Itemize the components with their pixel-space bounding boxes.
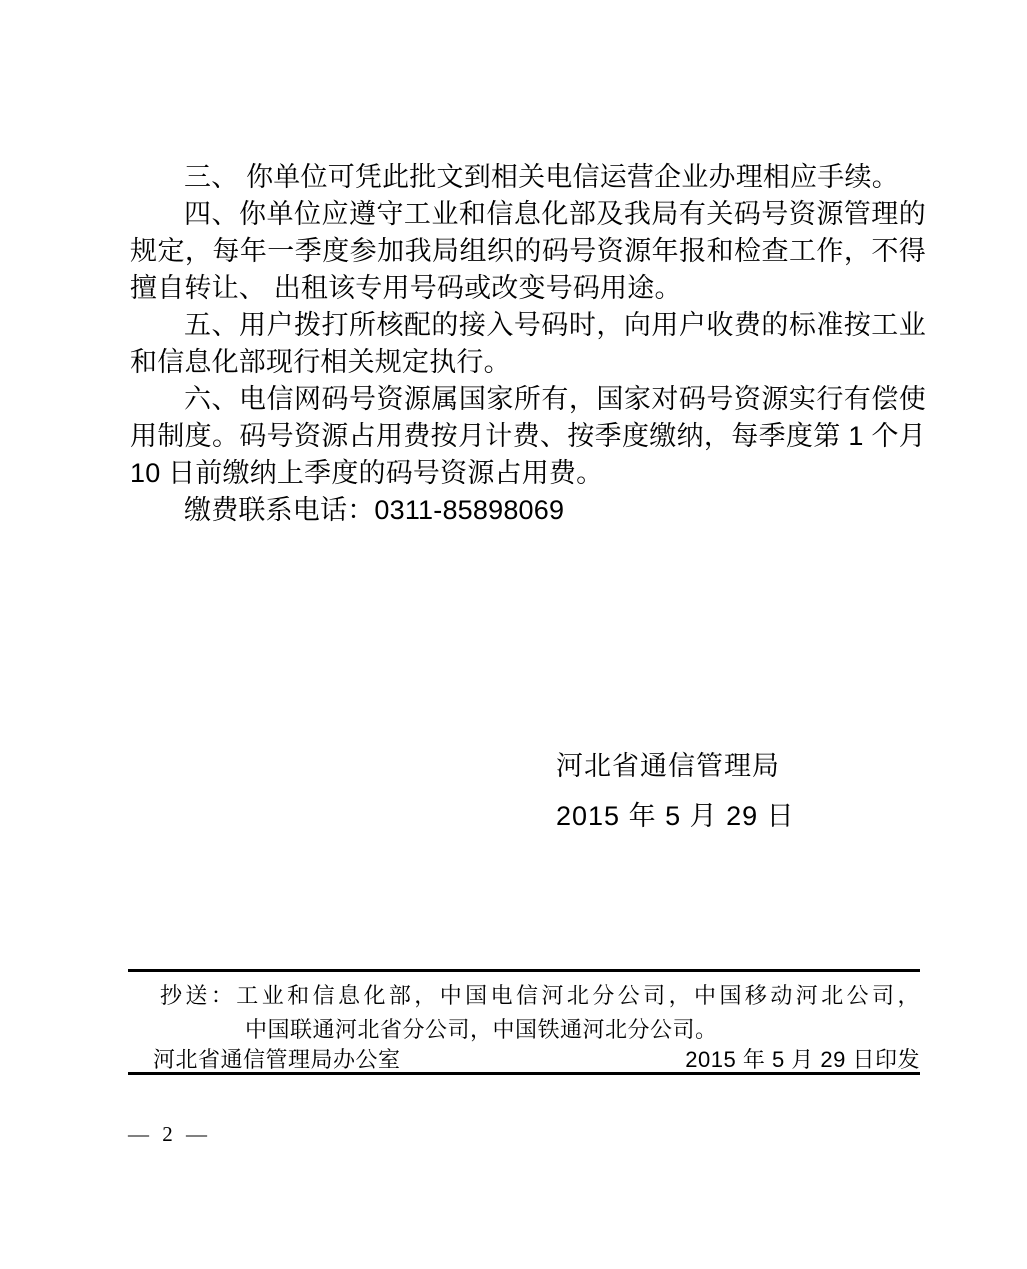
signature-block: 河北省通信管理局 2015 年 5 月 29 日 [556,741,795,841]
payment-contact-line: 缴费联系电话：0311-85898069 [130,492,926,529]
issuer-office: 河北省通信管理局办公室 [153,1047,401,1073]
footer-divider-top [128,969,920,972]
body-line-1: 三、 你单位可凭此批文到相关电信运营企业办理相应手续。 [130,159,926,196]
body-line-3: 规定，每年一季度参加我局组织的码号资源年报和检查工作，不得 [130,233,926,270]
document-body: 三、 你单位可凭此批文到相关电信运营企业办理相应手续。 四、你单位应遵守工业和信… [130,159,926,529]
cc-line-2: 中国联通河北省分公司，中国铁通河北分公司。 [160,1013,920,1047]
cc-line-1: 抄送：工业和信息化部，中国电信河北分公司，中国移动河北公司， [160,979,920,1013]
signature-date: 2015 年 5 月 29 日 [556,791,795,841]
print-date: 2015 年 5 月 29 日印发 [685,1047,920,1073]
body-line-9: 10 日前缴纳上季度的码号资源占用费。 [130,455,926,492]
body-line-7: 六、电信网码号资源属国家所有，国家对码号资源实行有偿使 [130,381,926,418]
body-line-4: 擅自转让、 出租该专用号码或改变号码用途。 [130,270,926,307]
page-number: — 2 — [128,1122,211,1147]
cc-block: 抄送：工业和信息化部，中国电信河北分公司，中国移动河北公司， 中国联通河北省分公… [160,979,920,1047]
signature-org: 河北省通信管理局 [556,741,795,791]
footer-divider-bottom [128,1072,920,1075]
document-page: 三、 你单位可凭此批文到相关电信运营企业办理相应手续。 四、你单位应遵守工业和信… [0,0,1027,1269]
body-line-6: 和信息化部现行相关规定执行。 [130,344,926,381]
issuer-row: 河北省通信管理局办公室 2015 年 5 月 29 日印发 [153,1047,920,1073]
body-line-8: 用制度。码号资源占用费按月计费、按季度缴纳，每季度第 1 个月 [130,418,926,455]
body-line-5: 五、用户拨打所核配的接入号码时，向用户收费的标准按工业 [130,307,926,344]
body-line-2: 四、你单位应遵守工业和信息化部及我局有关码号资源管理的 [130,196,926,233]
